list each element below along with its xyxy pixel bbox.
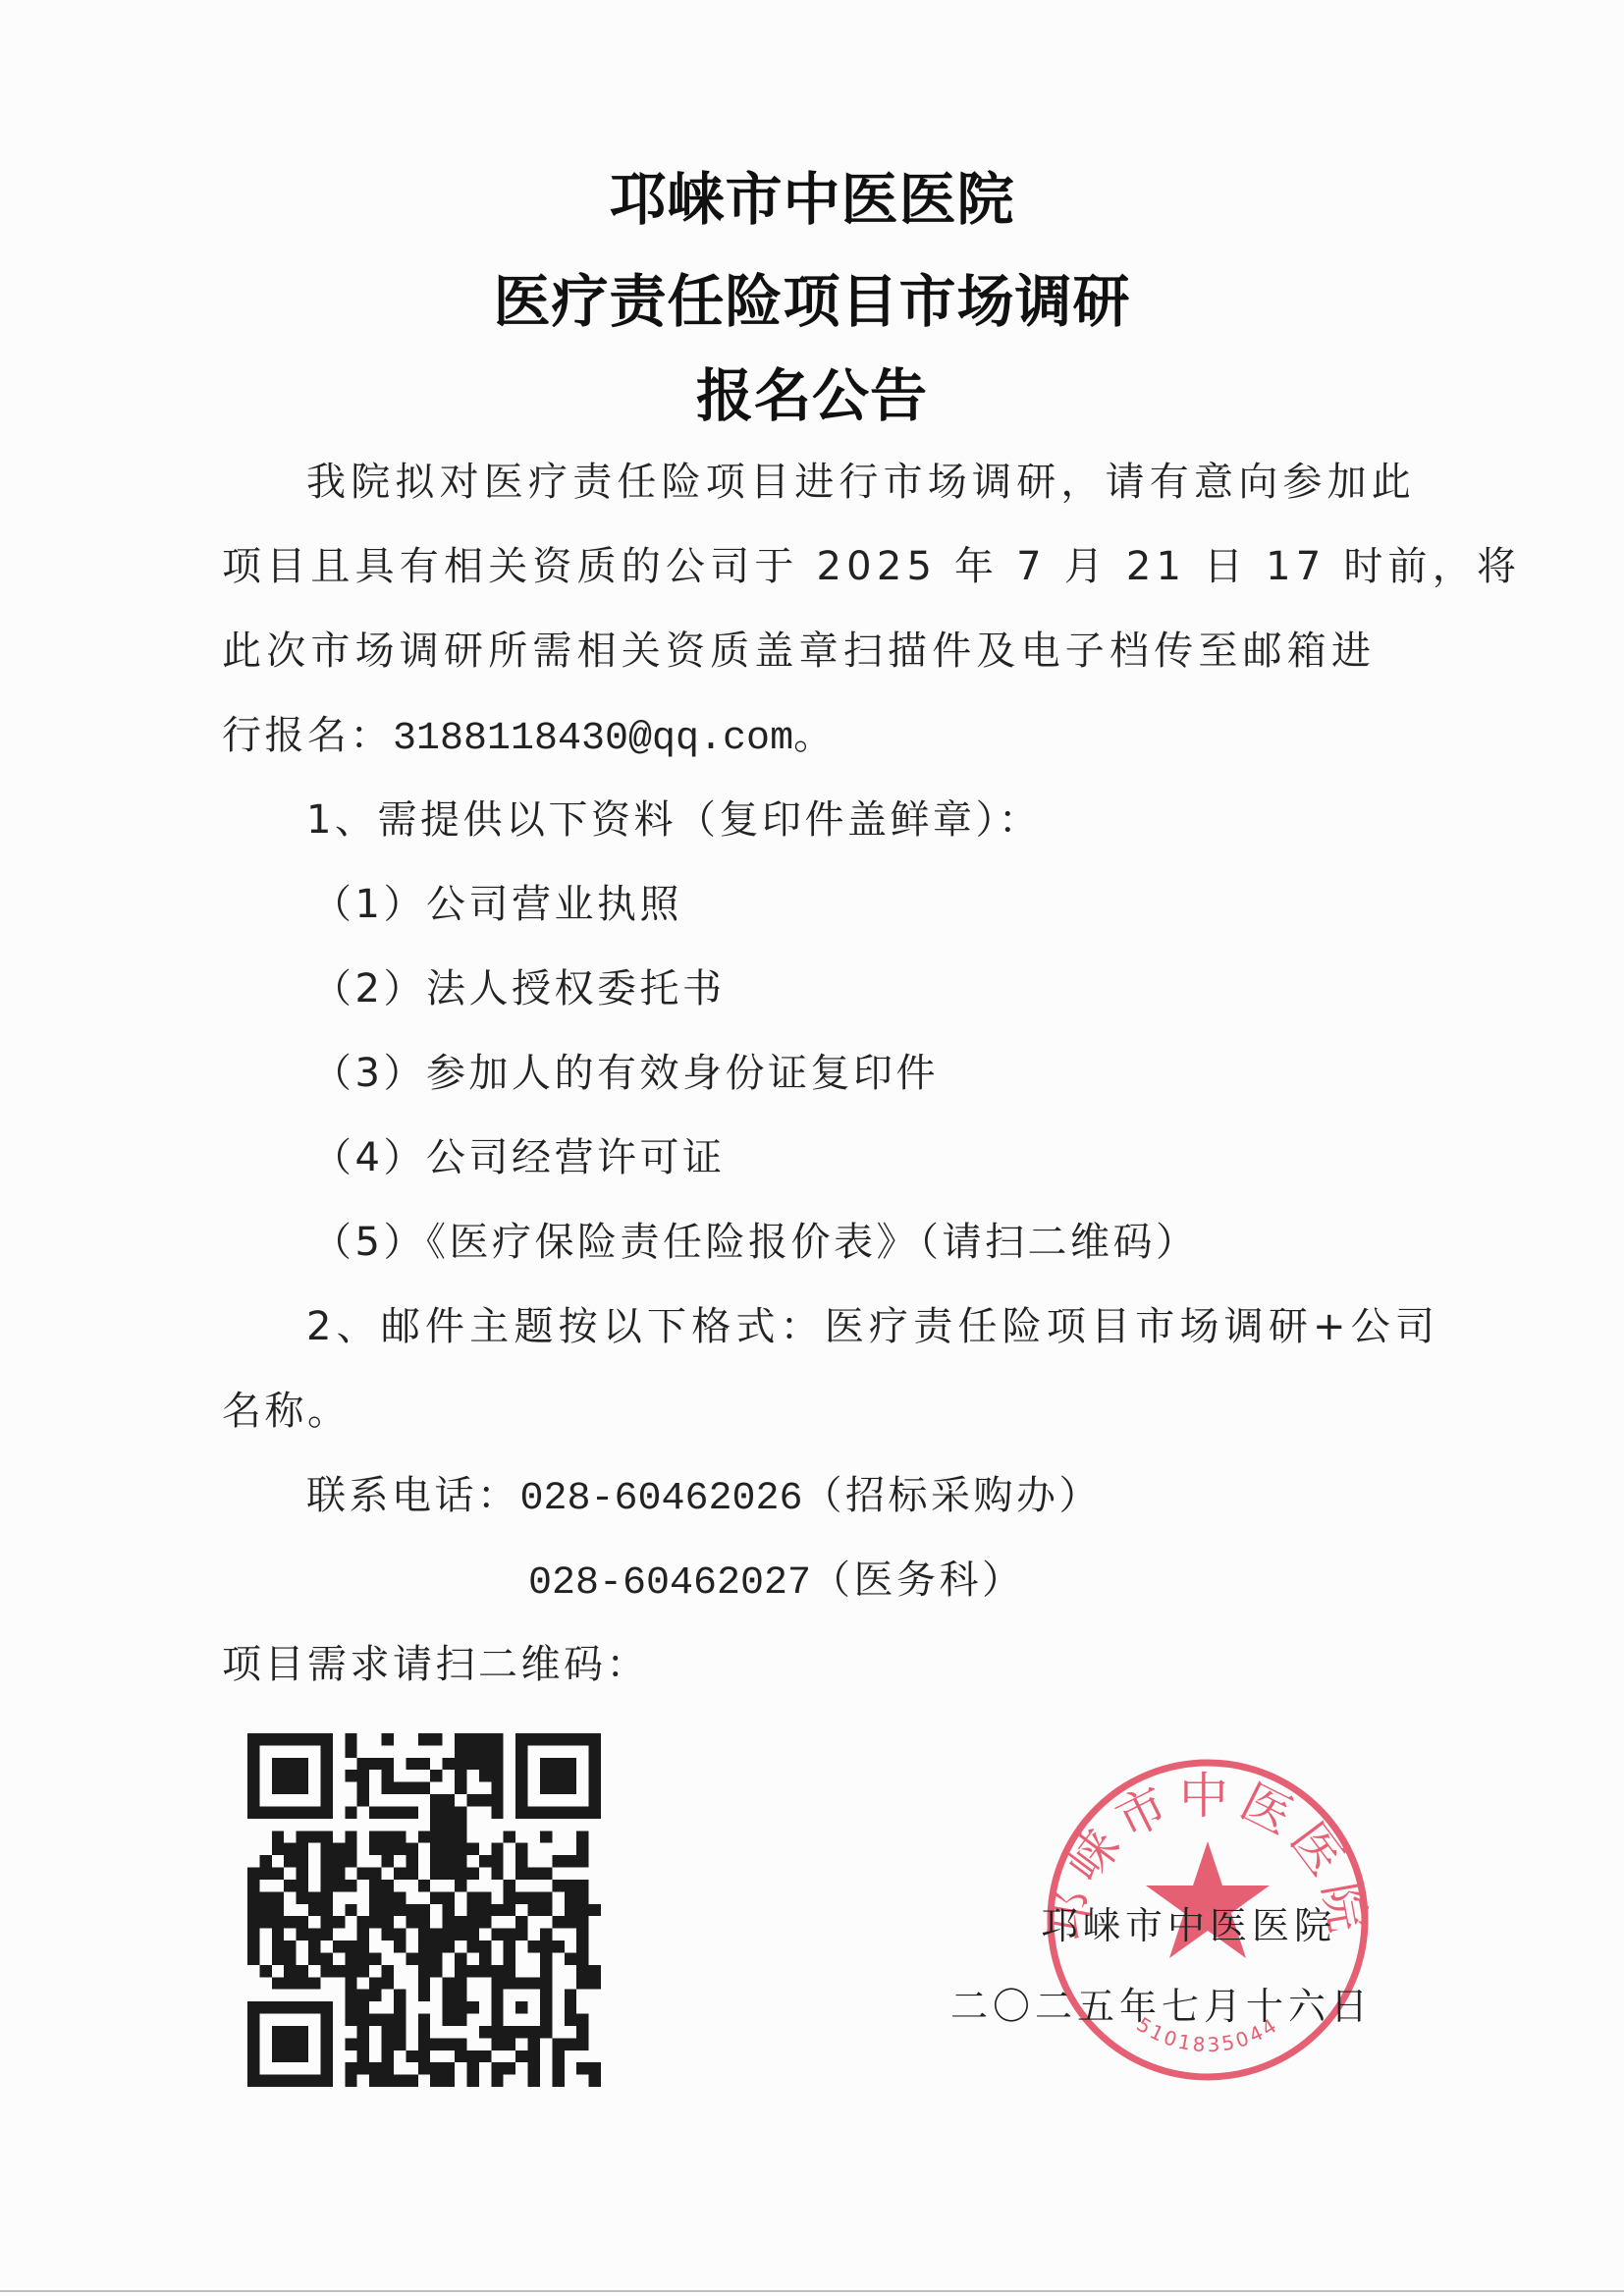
signature-date: 二〇二五年七月十六日	[950, 1976, 1373, 2030]
intro-line-2: 项目且具有相关资质的公司于 2025 年 7 月 21 日 17 时前，将	[222, 542, 1521, 591]
list-item: （2）法人授权委托书	[312, 964, 725, 1013]
page-edge-line	[0, 2290, 1624, 2292]
phone-dept-1: （招标采购办）	[803, 1473, 1103, 1518]
contact-label: 联系电话：	[306, 1473, 520, 1518]
qr-caption: 项目需求请扫二维码：	[222, 1640, 649, 1689]
contact-line-1: 联系电话：028-60462026（招标采购办）	[306, 1471, 1102, 1524]
title-hospital: 邛崃市中医医院	[0, 165, 1624, 234]
section2-line-2: 名称。	[222, 1387, 351, 1436]
phone-number-1[interactable]: 028-60462026	[520, 1477, 803, 1521]
list-item: （3）参加人的有效身份证复印件	[312, 1049, 939, 1098]
email-link[interactable]: 3188118430@qq.com。	[393, 717, 833, 761]
list-item: （5）《医疗保险责任险报价表》（请扫二维码）	[312, 1218, 1198, 1267]
intro-line-3: 此次市场调研所需相关资质盖章扫描件及电子档传至邮箱进	[222, 627, 1376, 676]
phone-dept-2: （医务科）	[811, 1558, 1025, 1603]
signature-org: 邛崃市中医医院	[1041, 1895, 1336, 1949]
title-notice: 报名公告	[0, 361, 1624, 430]
intro-line-1: 我院拟对医疗责任险项目进行市场调研，请有意向参加此	[306, 458, 1416, 507]
intro-line-4: 行报名：3188118430@qq.com。	[222, 711, 833, 764]
list-item: （4）公司经营许可证	[312, 1133, 725, 1182]
section2-line-1: 2、邮件主题按以下格式：医疗责任险项目市场调研+公司	[306, 1302, 1439, 1351]
document-page: 邛崃市中医医院 医疗责任险项目市场调研 报名公告 我院拟对医疗责任险项目进行市场…	[0, 0, 1624, 2296]
title-project: 医疗责任险项目市场调研	[0, 267, 1624, 336]
qr-code-icon[interactable]	[247, 1733, 601, 2087]
phone-number-2[interactable]: 028-60462027	[528, 1561, 811, 1606]
list-item: （1）公司营业执照	[312, 880, 682, 929]
contact-line-2: 028-60462027（医务科）	[528, 1556, 1025, 1609]
section1-heading: 1、需提供以下资料（复印件盖鲜章）：	[306, 795, 1041, 845]
register-label: 行报名：	[222, 713, 393, 758]
